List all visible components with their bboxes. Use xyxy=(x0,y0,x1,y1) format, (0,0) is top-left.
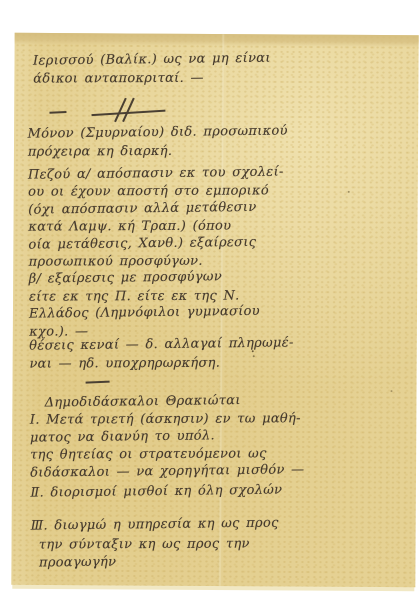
text-block-1: Ιερισσού (Βαλίκ.) ως να μη είναιάδικοι α… xyxy=(33,51,271,89)
section-divider xyxy=(49,97,189,126)
handwritten-line: θέσεις κεναί — δ. αλλαγαί πληρωμέ- xyxy=(29,334,294,355)
handwritten-line: Μόνον (Σμυρναίου) διδ. προσωπικού xyxy=(27,122,287,143)
divider-dash-mark xyxy=(49,111,66,113)
text-block-7: Ⅲ. διωγμώ η υπηρεσία κη ως προςτην σύντα… xyxy=(31,516,279,574)
manuscript-paper-sheet: Ιερισσού (Βαλίκ.) ως να μη είναιάδικοι α… xyxy=(11,33,418,587)
text-block-5: Δημοδιδάσκαλοι ΘρακιώταιΙ. Μετά τριετή (… xyxy=(30,392,305,481)
handwritten-line: (όχι απόσπασιν αλλά μετάθεσιν xyxy=(28,198,284,219)
text-block-2: Μόνον (Σμυρναίου) διδ. προσωπικούπρόχειρ… xyxy=(28,124,288,162)
handwritten-line: Ⅱ. διορισμοί μισθοί κη όλη σχολών xyxy=(30,482,282,502)
handwritten-line: άδικοι ανταποκριταί. — xyxy=(33,69,271,88)
handwritten-line: διδάσκαλοι — να χορηγήται μισθόν — xyxy=(30,461,304,482)
handwritten-line: προαγωγήν xyxy=(31,552,279,574)
handwritten-line: οία μετάθεσις, Χανθ.) εξαίρεσις xyxy=(28,233,284,254)
text-block-6: Ⅱ. διορισμοί μισθοί κη όλη σχολών xyxy=(30,483,282,502)
handwritten-line: ναι — ηδ. υποχρηρωρκήση. xyxy=(29,354,294,373)
handwritten-line: β/ εξαίρεσις με προσφύγων xyxy=(29,268,285,289)
handwritten-line: Ελλάδος (Λημνόφιλοι γυμνασίου xyxy=(29,303,285,324)
text-block-4: θέσεις κεναί — δ. αλλαγαί πληρωμέ-ναι — … xyxy=(29,336,294,374)
document-scan: Ιερισσού (Βαλίκ.) ως να μη είναιάδικοι α… xyxy=(0,0,420,600)
closing-dash-mark xyxy=(86,381,110,384)
handwritten-line: Πεζού α/ απόσπασιν εκ του σχολεί- xyxy=(28,164,284,185)
handwritten-line: ματος να διανύη το υπόλ. xyxy=(30,426,304,447)
handwritten-line: Δημοδιδάσκαλοι Θρακιώται xyxy=(30,391,304,412)
text-block-3: Πεζού α/ απόσπασιν εκ του σχολεί-ου οι έ… xyxy=(28,165,285,341)
handwritten-line: Ιερισσού (Βαλίκ.) ως να μη είναι xyxy=(33,50,271,71)
handwritten-line: πρόχειρα κη διαρκή. xyxy=(28,142,288,161)
handwritten-line: Ⅲ. διωγμώ η υπηρεσία κη ως προς xyxy=(31,515,279,537)
handwriting-layer: Ιερισσού (Βαλίκ.) ως να μη είναιάδικοι α… xyxy=(11,30,419,585)
